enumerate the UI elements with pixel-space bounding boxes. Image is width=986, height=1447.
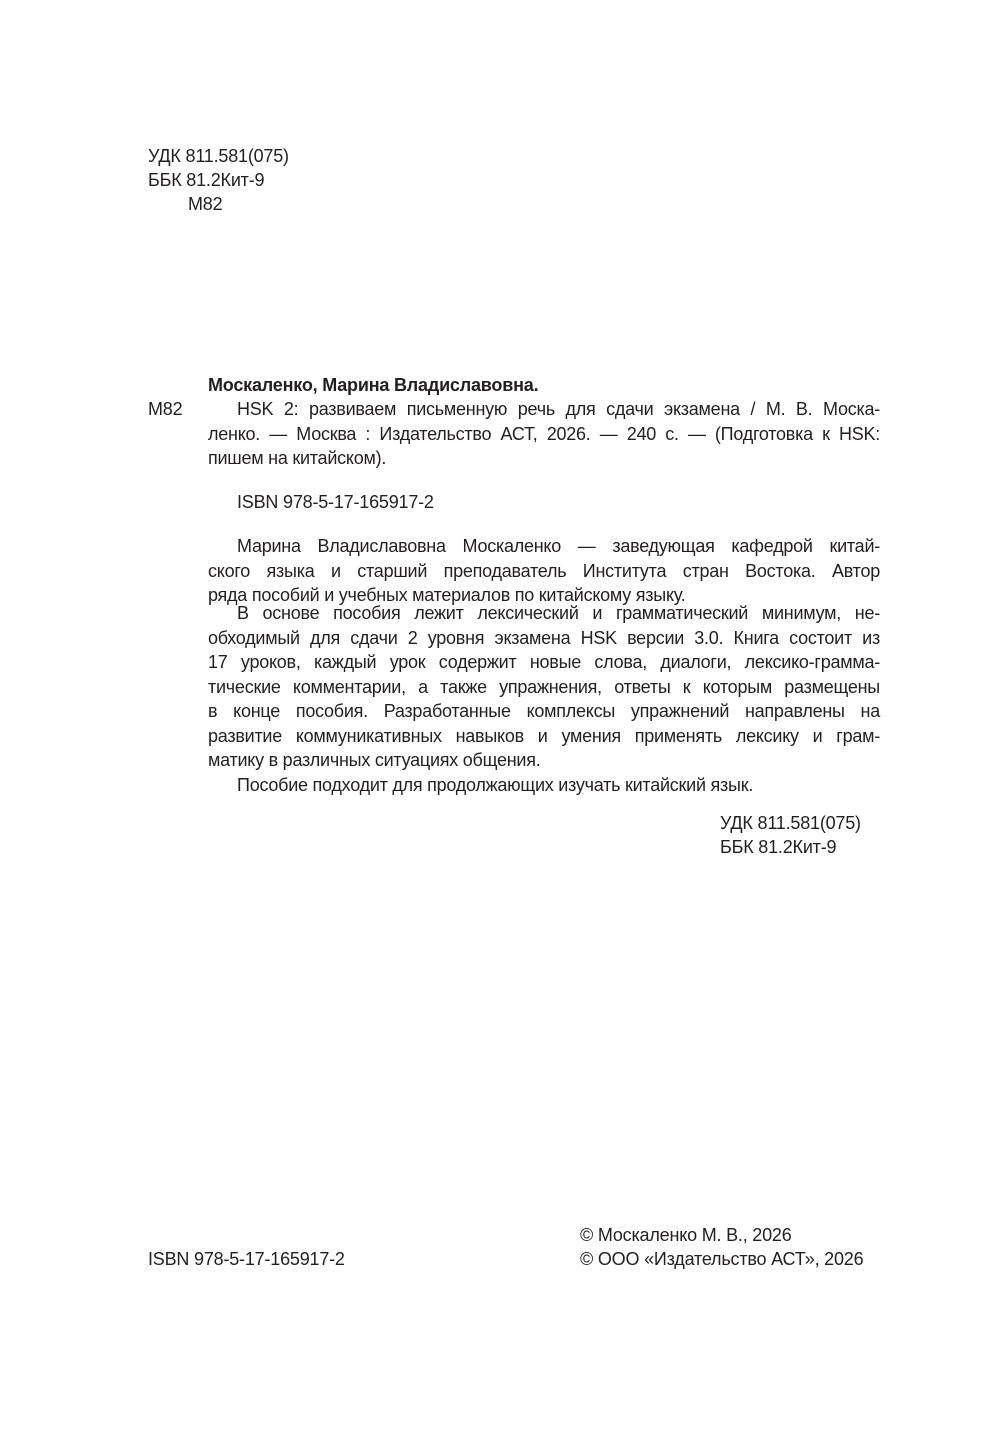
annotation-line: матику в различных ситуациях общения. xyxy=(208,748,880,773)
annotation-line: обходимый для сдачи 2 уровня экзамена HS… xyxy=(208,626,880,651)
annotation-line: 17 уроков, каждый урок содержит новые сл… xyxy=(208,650,880,675)
annotation-line: Марина Владиславовна Москаленко — заведу… xyxy=(208,534,880,559)
annotation-paragraph-2: В основе пособия лежит лексический и гра… xyxy=(208,601,880,773)
bibliographic-description: HSK 2: развиваем письменную речь для сда… xyxy=(208,397,880,471)
annotation-line: в конце пособия. Разработанные комплексы… xyxy=(208,699,880,724)
annotation-line: развитие коммуникативных навыков и умени… xyxy=(208,724,880,749)
isbn-footer: ISBN 978-5-17-165917-2 xyxy=(148,1247,345,1271)
author-mark: М82 xyxy=(148,397,182,421)
author-mark-top: М82 xyxy=(188,192,222,216)
annotation-paragraph-1: Марина Владиславовна Москаленко — заведу… xyxy=(208,534,880,608)
author-heading: Москаленко, Марина Владиславовна. xyxy=(208,373,538,397)
udk-code-top: УДК 811.581(075) xyxy=(148,144,289,168)
description-line: ленко. — Москва : Издательство АСТ, 2026… xyxy=(208,422,880,447)
copyright-publisher: © ООО «Издательство АСТ», 2026 xyxy=(580,1247,863,1271)
annotation-paragraph-3: Пособие подходит для продолжающих изучат… xyxy=(208,773,880,798)
isbn-record: ISBN 978-5-17-165917-2 xyxy=(237,490,434,514)
annotation-line: В основе пособия лежит лексический и гра… xyxy=(208,601,880,626)
annotation-line: Пособие подходит для продолжающих изучат… xyxy=(208,773,880,798)
annotation-line: тические комментарии, а также упражнения… xyxy=(208,675,880,700)
bbk-code-top: ББК 81.2Кит-9 xyxy=(148,168,264,192)
copyright-author: © Москаленко М. В., 2026 xyxy=(580,1223,792,1247)
description-line: HSK 2: развиваем письменную речь для сда… xyxy=(208,397,880,422)
bbk-code-bottom: ББК 81.2Кит-9 xyxy=(720,835,836,859)
annotation-line: ского языка и старший преподаватель Инст… xyxy=(208,559,880,584)
udk-code-bottom: УДК 811.581(075) xyxy=(720,811,861,835)
description-line: пишем на китайском). xyxy=(208,446,880,471)
